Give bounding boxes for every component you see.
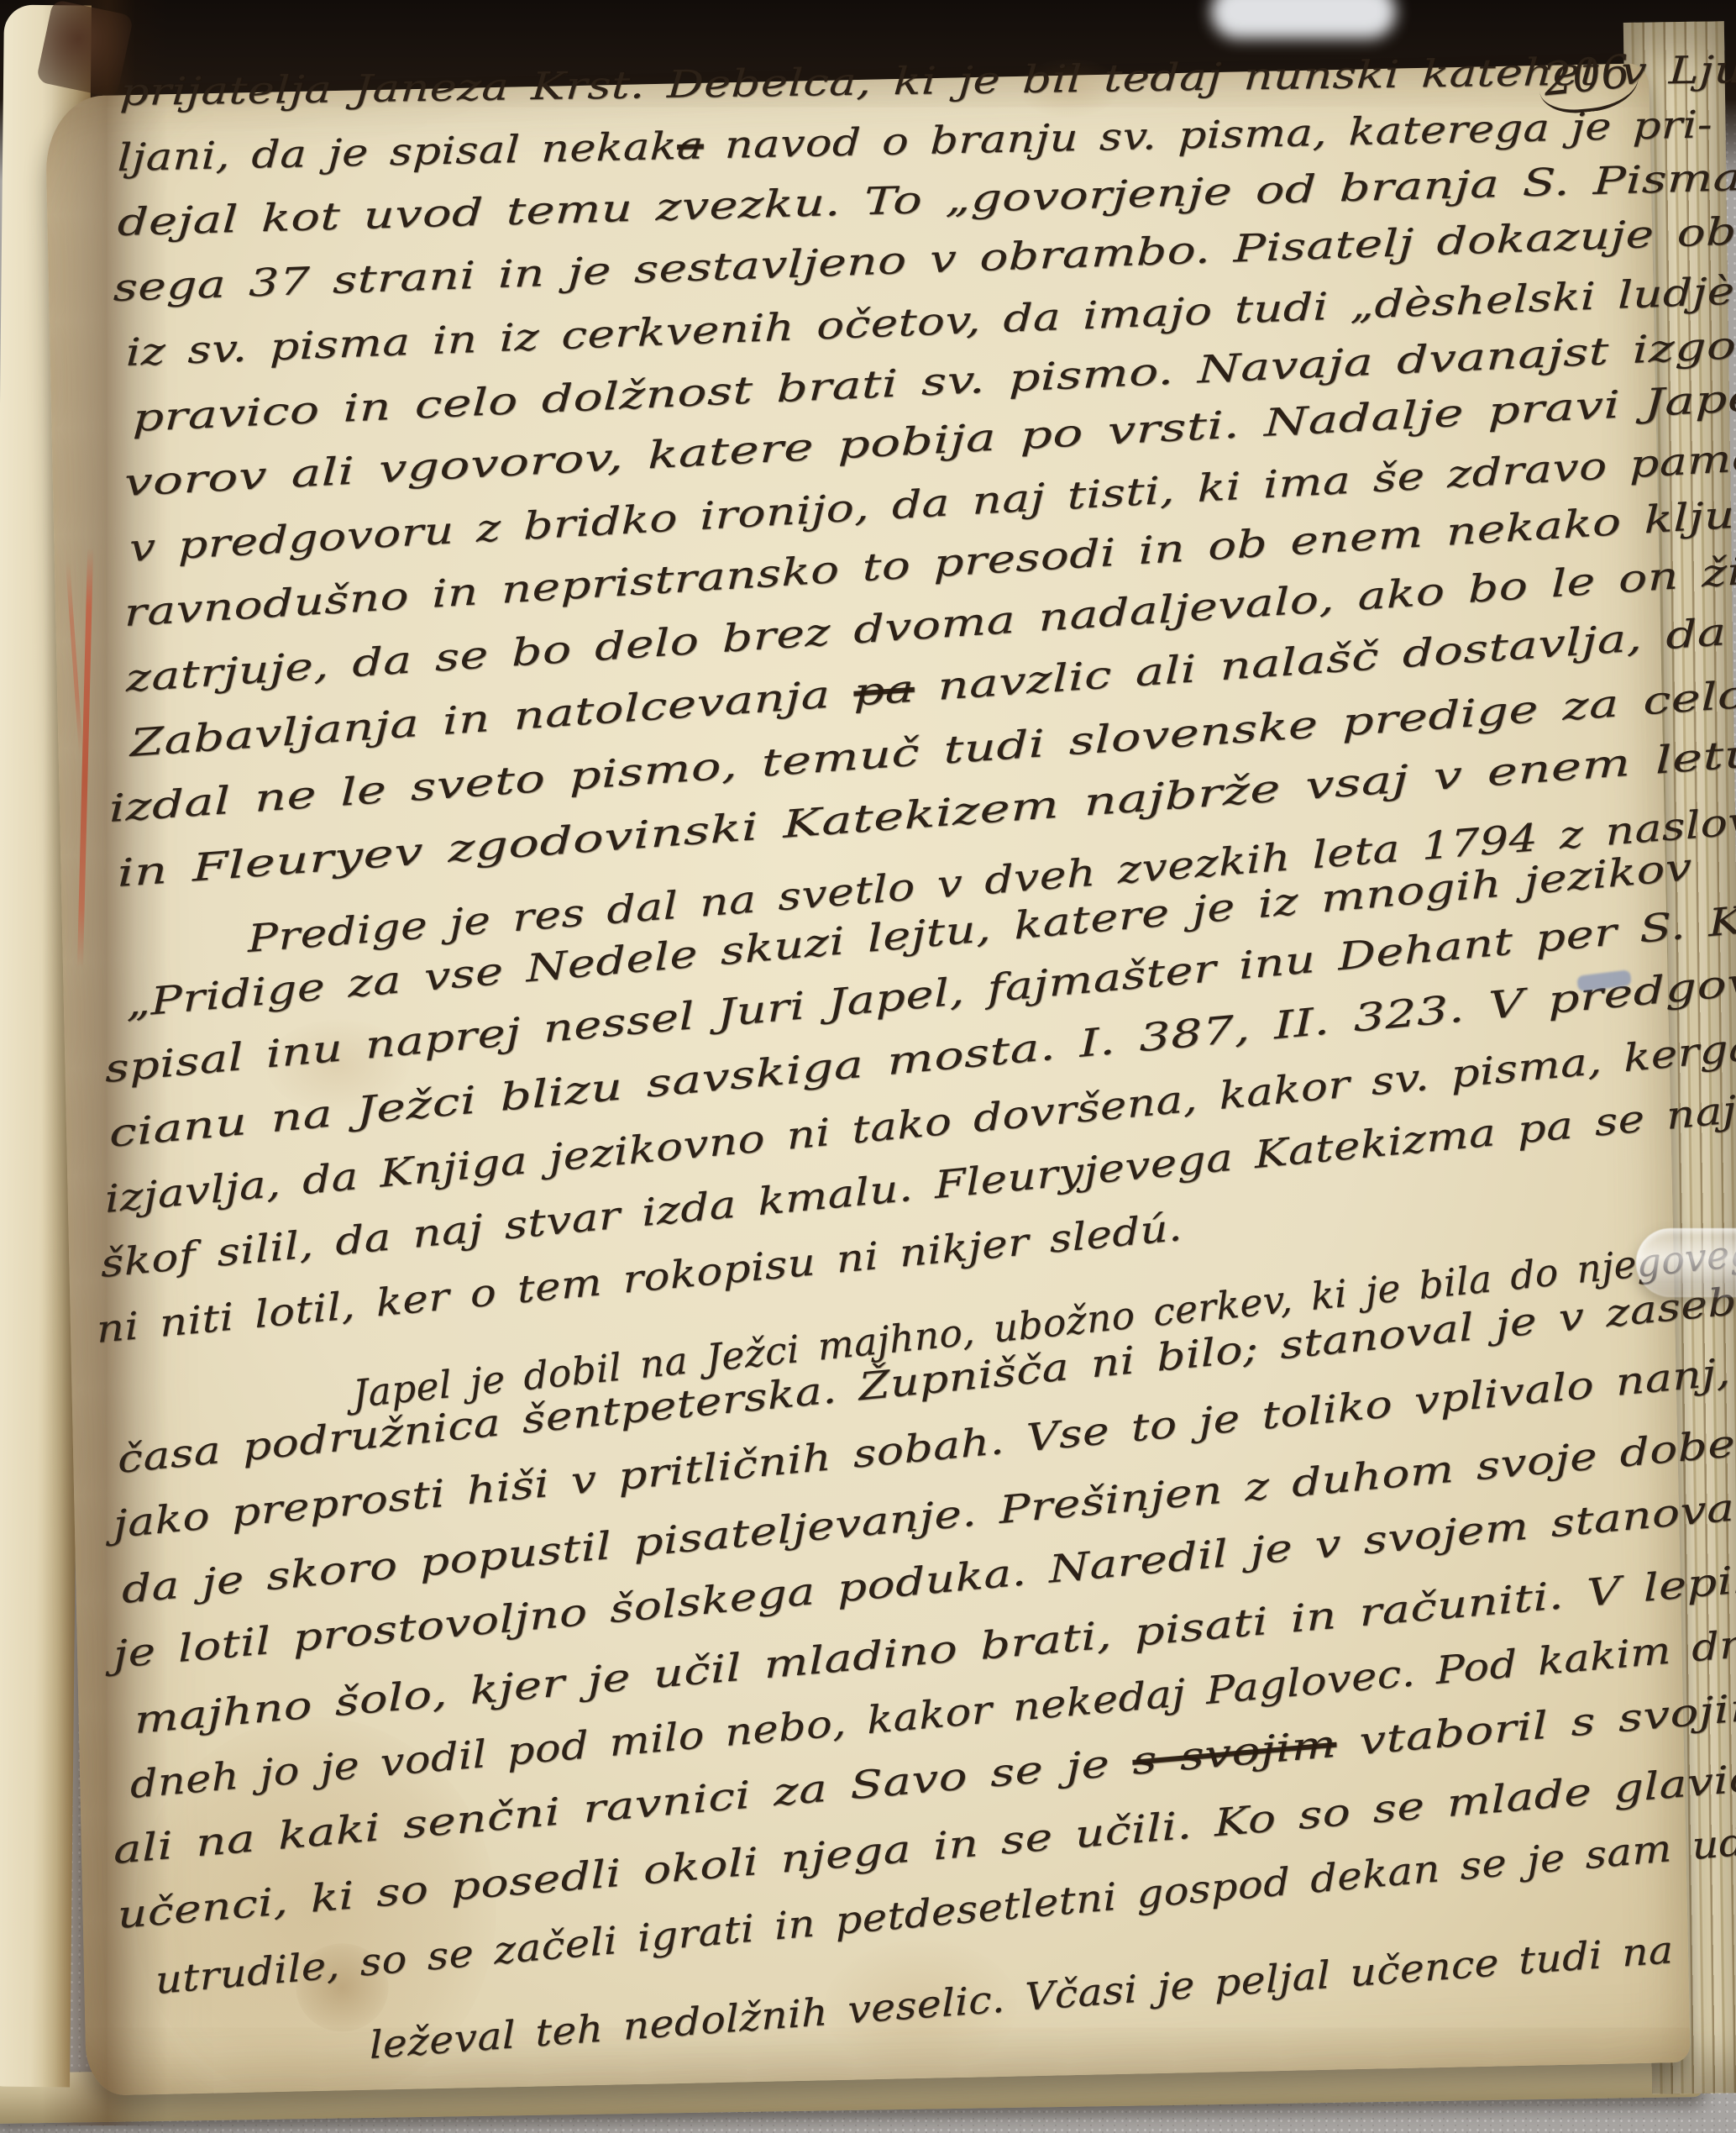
line-segment: navod o branju sv. pisma, katerega je pr… bbox=[703, 102, 1713, 167]
manuscript-text: 206 prijatelja Janeza Krst. Debelca, ki … bbox=[0, 0, 1736, 2133]
manuscript-photo: 206 prijatelja Janeza Krst. Debelca, ki … bbox=[0, 0, 1736, 2133]
struck-word: a bbox=[676, 123, 705, 168]
line-segment: ljani, da je spisal nekak bbox=[117, 123, 678, 180]
glass-page-weight bbox=[1636, 1228, 1736, 1297]
struck-word: pa bbox=[853, 666, 914, 715]
line-segment: prijatelja Janeza Krst. Debelca, ki je b… bbox=[119, 46, 1736, 114]
struck-word: s svojim bbox=[1132, 1721, 1337, 1784]
